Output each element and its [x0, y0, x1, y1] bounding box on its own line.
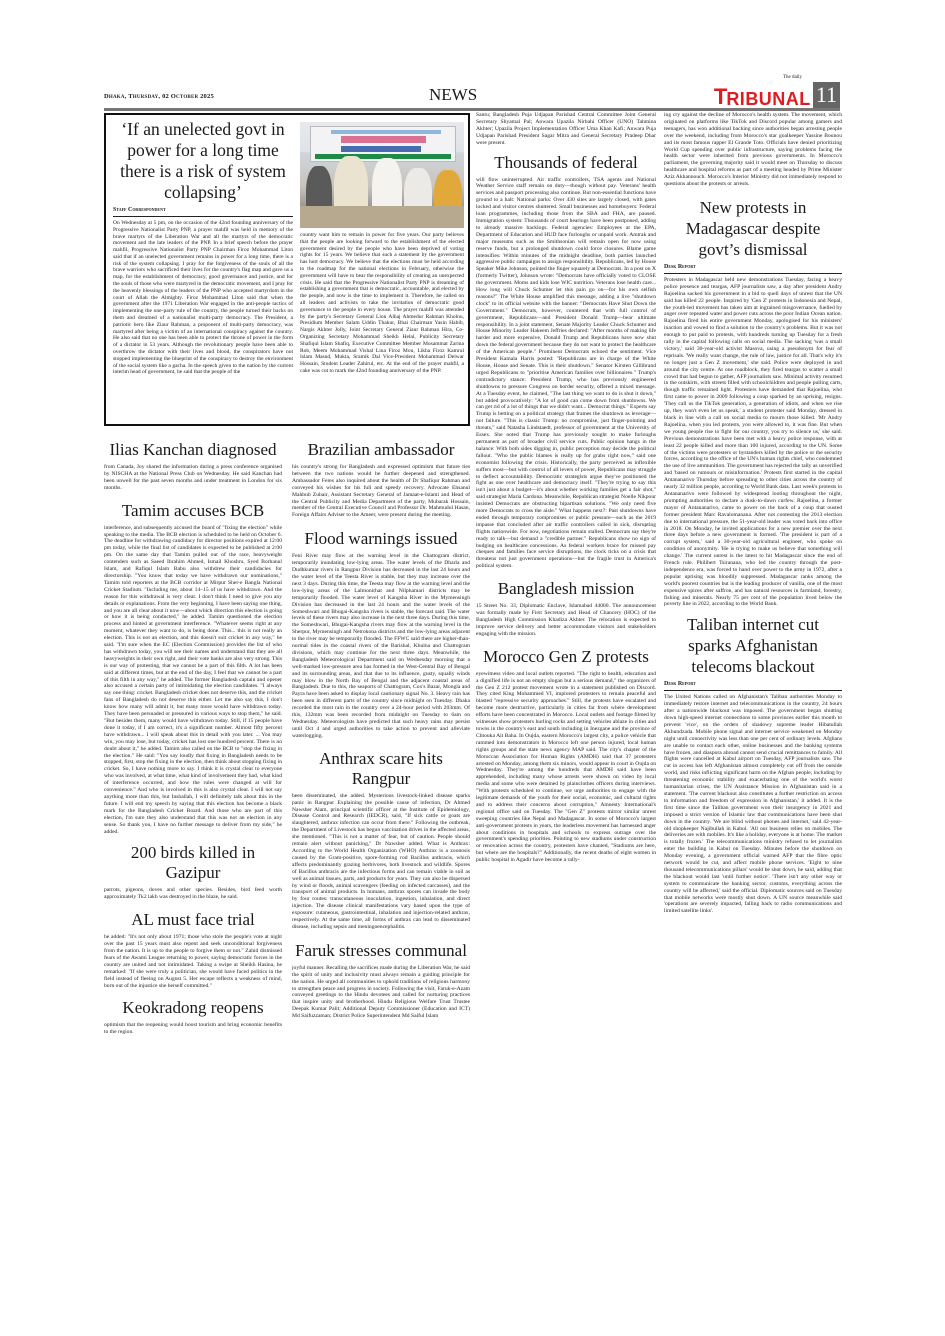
federal-headline: Thousands of federal	[476, 153, 656, 173]
lead-story-col2: country want him to remain in power for …	[300, 232, 464, 375]
column-2: Brazilian ambassador his country's stron…	[292, 440, 470, 1300]
ilias-body: from Canada, Joy shared the information …	[104, 464, 282, 492]
anthrax-body: been disseminated, she added. Mysterious…	[292, 793, 470, 931]
masthead: Dhaka, Thursday, 02 October 2025 NEWS Th…	[104, 78, 840, 110]
al-headline: AL must face trial	[104, 910, 282, 930]
header-rule	[104, 108, 840, 111]
keokradong-headline: Keokradong reopens	[104, 998, 282, 1018]
flood-headline: Flood warnings issued	[292, 529, 470, 549]
lead-body-1: On Wednesday at 5 pm, on the occasion of…	[113, 220, 293, 376]
taliban-headline: Taliban internet cut sparks Afghanistan …	[664, 614, 842, 677]
morocco-body: eyewitness video and local outlets repor…	[476, 671, 656, 864]
anthrax-headline: Anthrax scare hits Rangpur	[292, 749, 470, 789]
taliban-body: The United Nations called on Afghanistan…	[664, 694, 842, 915]
brazil-body: his country's strong for Bangladesh and …	[292, 464, 470, 519]
tamim-body: interference, and subsequently accused t…	[104, 525, 282, 836]
ilias-headline: Ilias Kanchan diagnosed	[104, 440, 282, 460]
logo-tagline: The daily	[783, 75, 802, 80]
dateline: Dhaka, Thursday, 02 October 2025	[104, 93, 214, 100]
al-body: he added: "It's not only about 1971; tho…	[104, 934, 282, 989]
tribunal-logo: The daily T RIBUNAL 11	[714, 78, 840, 108]
lead-photo	[300, 122, 464, 228]
event-banner	[310, 126, 456, 162]
section-title: NEWS	[429, 85, 477, 105]
mission-headline: Bangladesh mission	[476, 579, 656, 599]
logo-wordmark: RIBUNAL	[726, 90, 811, 108]
birds-headline: 200 birds killed in Gazipur	[104, 843, 282, 883]
faruk-headline: Faruk stresses communal	[292, 941, 470, 961]
lead-byline: Staff Correspondent	[113, 207, 293, 217]
lead-body-2: country want him to remain in power for …	[300, 232, 464, 375]
morocco-headline: Morocco Gen Z protests	[476, 647, 656, 667]
column-1: Ilias Kanchan diagnosed from Canada, Joy…	[104, 440, 282, 1300]
lead-headline: ‘If an unelected govt in power for a lon…	[113, 119, 293, 203]
puja-tail-body: Santu; Bangladesh Puja Udjapan Parishad …	[476, 112, 656, 147]
mission-body: 15 Street No. 33, Diplomatic Enclave, Is…	[476, 603, 656, 638]
column-4: ing cry against the decline of Morocco's…	[664, 112, 842, 1277]
taliban-byline: Desk Report	[664, 681, 842, 691]
morocco-tail-body: ing cry against the decline of Morocco's…	[664, 112, 842, 188]
faruk-body: joyful manner. Recalling the sacrifices …	[292, 965, 470, 1020]
birds-body: parrots, pigeons, doves and other specie…	[104, 887, 282, 901]
brazil-headline: Brazilian ambassador	[292, 440, 470, 460]
logo-first-letter: T	[714, 86, 726, 108]
madagascar-body: Protesters in Madagascar held new demons…	[664, 277, 842, 609]
lead-story-box: ‘If an unelected govt in power for a lon…	[104, 113, 470, 426]
lead-story-col1: ‘If an unelected govt in power for a lon…	[113, 119, 293, 376]
page-number: 11	[813, 82, 840, 108]
column-3: Santu; Bangladesh Puja Udjapan Parishad …	[476, 112, 656, 1277]
flood-body: Feni River may flow at the warning level…	[292, 553, 470, 739]
press-table	[300, 206, 464, 228]
tamim-headline: Tamim accuses BCB	[104, 501, 282, 521]
keokradong-body: optimism that the reopening would boost …	[104, 1022, 282, 1036]
madagascar-byline: Desk Report	[664, 264, 842, 274]
federal-body: will flow uninterrupted. Air traffic con…	[476, 177, 656, 571]
madagascar-headline: New protests in Madagascar despite govt’…	[664, 197, 842, 260]
